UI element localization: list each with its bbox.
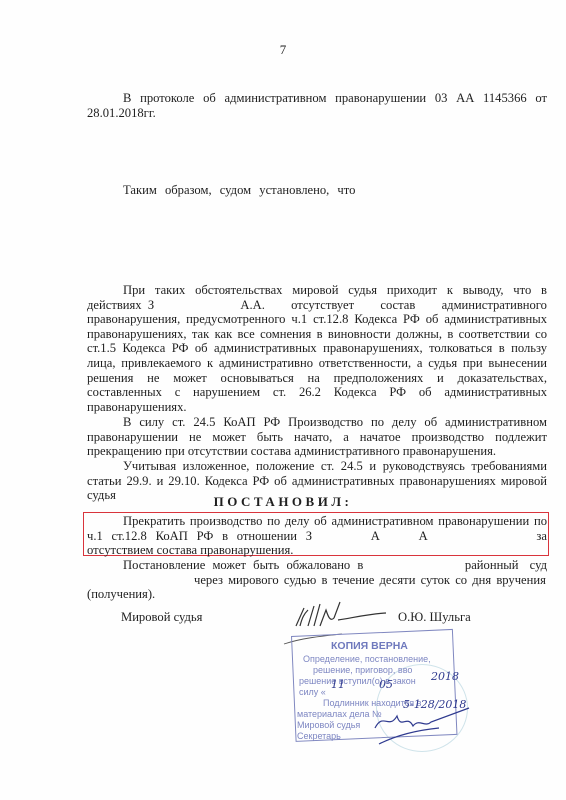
- stamp-line: силу «: [299, 687, 326, 697]
- stamp-line: Мировой судья: [297, 720, 360, 730]
- word: ст.12.8: [112, 529, 147, 544]
- word: отношении: [237, 529, 297, 544]
- paragraph-protocol: В протоколе об административном правонар…: [87, 91, 547, 120]
- secretary-signature: [369, 704, 479, 746]
- word: состав: [380, 298, 415, 313]
- word: РФ: [197, 529, 214, 544]
- word: отсутствует: [291, 298, 354, 313]
- certified-copy-stamp: КОПИЯ ВЕРНА Определение, постановление, …: [291, 634, 479, 746]
- text-line: В силу ст. 24.5 КоАП РФ Производство по …: [87, 415, 547, 430]
- text-line: правонарушения, предусмотренного ч.1 ст.…: [87, 312, 547, 327]
- paragraph-art-24-5: В силу ст. 24.5 КоАП РФ Производство по …: [87, 415, 547, 459]
- paragraph-circumstances: При таких обстоятельствах мировой судья …: [87, 283, 547, 414]
- word: за: [536, 529, 547, 544]
- text-line: Таким образом, судом установлено, что: [87, 183, 547, 198]
- text-line: 28.01.2018гг.: [87, 106, 547, 121]
- judge-name: О.Ю. Шульга: [398, 610, 471, 625]
- redacted-name-initial: А: [371, 529, 380, 544]
- text-fragment: Постановление может быть обжаловано в: [123, 558, 363, 573]
- text-line: Постановление может быть обжаловано в ра…: [87, 558, 547, 573]
- word: в: [222, 529, 228, 544]
- stamp-line: решение, приговор, вво: [313, 665, 412, 675]
- document-page: 7 В протоколе об административном правон…: [0, 0, 566, 800]
- ruling-heading: ПОСТАНОВИЛ:: [0, 494, 566, 510]
- paragraph-established: Таким образом, судом установлено, что: [87, 183, 547, 198]
- text-line: через мирового судью в течение десяти су…: [87, 573, 547, 588]
- text-line: статьи 29.9. и 29.10. Кодекса РФ об адми…: [87, 474, 547, 489]
- paragraph-ruling: Прекратить производство по делу об админ…: [87, 514, 547, 558]
- signature-label: Мировой судья: [121, 610, 202, 625]
- text-line: правонарушении не может быть начато, а н…: [87, 430, 547, 445]
- text-line: При таких обстоятельствах мировой судья …: [87, 283, 547, 298]
- text-line: прекращению при отсутствии состава админ…: [87, 444, 547, 459]
- word: ч.1: [87, 529, 103, 544]
- text-line: правонарушениях, так как все сомнения в …: [87, 327, 547, 342]
- page-number: 7: [0, 42, 566, 58]
- handwritten-month: 05: [379, 678, 393, 691]
- word: КоАП: [156, 529, 188, 544]
- redacted-surname-initial: З: [148, 298, 154, 313]
- text-line: решения не может основываться на предпол…: [87, 371, 547, 386]
- word: административного: [442, 298, 547, 313]
- stamp-line: Секретарь: [297, 731, 341, 741]
- text-line: отсутствием состава правонарушения.: [87, 543, 547, 558]
- redacted-patronymic-initial: А: [419, 529, 428, 544]
- text-line: Прекратить производство по делу об админ…: [87, 514, 547, 529]
- text-line: лица, привлекаемого к административно от…: [87, 356, 547, 371]
- text-line: Учитывая изложенное, положение ст. 24.5 …: [87, 459, 547, 474]
- stamp-line: Определение, постановление,: [303, 654, 431, 664]
- text-line: правонарушениях.: [87, 400, 547, 415]
- text-line: ст.1.5 Кодекса РФ об административных пр…: [87, 341, 547, 356]
- text-line: В протоколе об административном правонар…: [87, 91, 547, 106]
- text-fragment: районный суд: [465, 558, 547, 573]
- initials: А.А.: [240, 298, 265, 313]
- stamp-line: решение вступил(о) в закон: [299, 676, 416, 686]
- word: действиях: [87, 298, 142, 313]
- text-line: составленных с нарушением ст. 26.2 Кодек…: [87, 385, 547, 400]
- text-line: действиях З А.А. отсутствует состав адми…: [87, 298, 547, 313]
- stamp-title: КОПИЯ ВЕРНА: [331, 640, 408, 652]
- redacted-surname-initial: З: [306, 529, 312, 544]
- handwritten-year: 2018: [431, 670, 459, 683]
- text-line: ч.1 ст.12.8 КоАП РФ в отношении З А А за: [87, 529, 547, 544]
- handwritten-day: 11: [331, 678, 345, 691]
